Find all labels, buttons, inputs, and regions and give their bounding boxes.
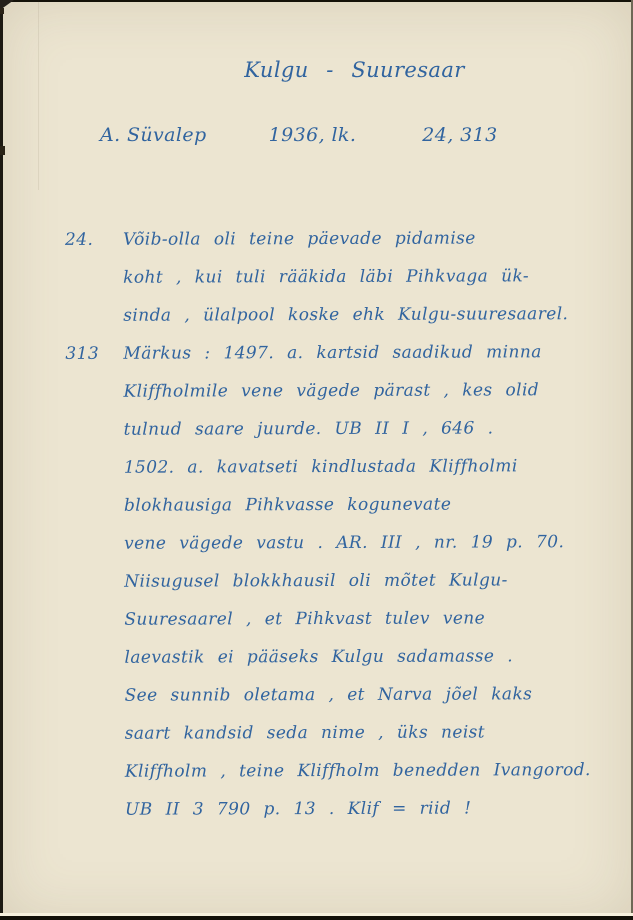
manuscript-line: Niisugusel blokkhausil oli mõtet Kulgu- xyxy=(124,561,595,601)
manuscript-line: tulnud saare juurde. UB II I , 646 . xyxy=(124,409,595,449)
entry-24-lines: Võib-olla oli teine päevade pidamise koh… xyxy=(123,219,594,335)
citation-author: A. Süvalep xyxy=(100,124,207,146)
manuscript-line: Suuresaarel , et Pihkvast tulev vene xyxy=(124,599,595,639)
manuscript-line: blokhausiga Pihkvasse kogunevate xyxy=(124,485,595,525)
citation-pages: 24, 313 xyxy=(422,124,497,146)
scan-edge-top xyxy=(0,0,633,2)
scan-edge-speck xyxy=(0,8,4,14)
scan-edge-bottom xyxy=(0,916,633,920)
entry-313: 313 Märkus : 1497. a. kartsid saadikud m… xyxy=(65,333,596,829)
citation-source: 1936, lk. xyxy=(269,124,357,146)
manuscript-line: UB II 3 790 p. 13 . Klif = riid ! xyxy=(125,789,596,829)
margin-number-24: 24. xyxy=(65,221,123,259)
entry-313-lines: Märkus : 1497. a. kartsid saadikud minna… xyxy=(123,333,596,829)
paper-crease xyxy=(38,0,39,190)
manuscript-line: Võib-olla oli teine päevade pidamise xyxy=(123,219,594,259)
manuscript-line: Kliffholm , teine Kliffholm benedden Iva… xyxy=(125,751,596,791)
manuscript-line: koht , kui tuli rääkida läbi Pihkvaga ük… xyxy=(123,257,594,297)
page-title: Kulgu - Suuresaar xyxy=(0,58,633,82)
manuscript-line: laevastik ei pääseks Kulgu sadamasse . xyxy=(124,637,595,677)
manuscript-line: saart kandsid seda nime , üks neist xyxy=(125,713,596,753)
citation-line: A. Süvalep 1936, lk. 24, 313 xyxy=(100,124,593,146)
manuscript-line: vene vägede vastu . AR. III , nr. 19 p. … xyxy=(124,523,595,563)
scan-edge-speck xyxy=(0,146,5,155)
manuscript-body: 24. Võib-olla oli teine päevade pidamise… xyxy=(65,219,596,829)
scan-edge-left xyxy=(0,0,3,920)
manuscript-line: 1502. a. kavatseti kindlustada Kliffholm… xyxy=(124,447,595,487)
manuscript-card-page: Kulgu - Suuresaar A. Süvalep 1936, lk. 2… xyxy=(0,0,633,920)
manuscript-line: See sunnib oletama , et Narva jõel kaks xyxy=(125,675,596,715)
manuscript-line: sinda , ülalpool koske ehk Kulgu-suuresa… xyxy=(123,295,594,335)
manuscript-line: Kliffholmile vene vägede pärast , kes ol… xyxy=(123,371,594,411)
manuscript-line: Märkus : 1497. a. kartsid saadikud minna xyxy=(123,333,594,373)
margin-number-313: 313 xyxy=(65,335,123,373)
entry-24: 24. Võib-olla oli teine päevade pidamise… xyxy=(65,219,594,335)
